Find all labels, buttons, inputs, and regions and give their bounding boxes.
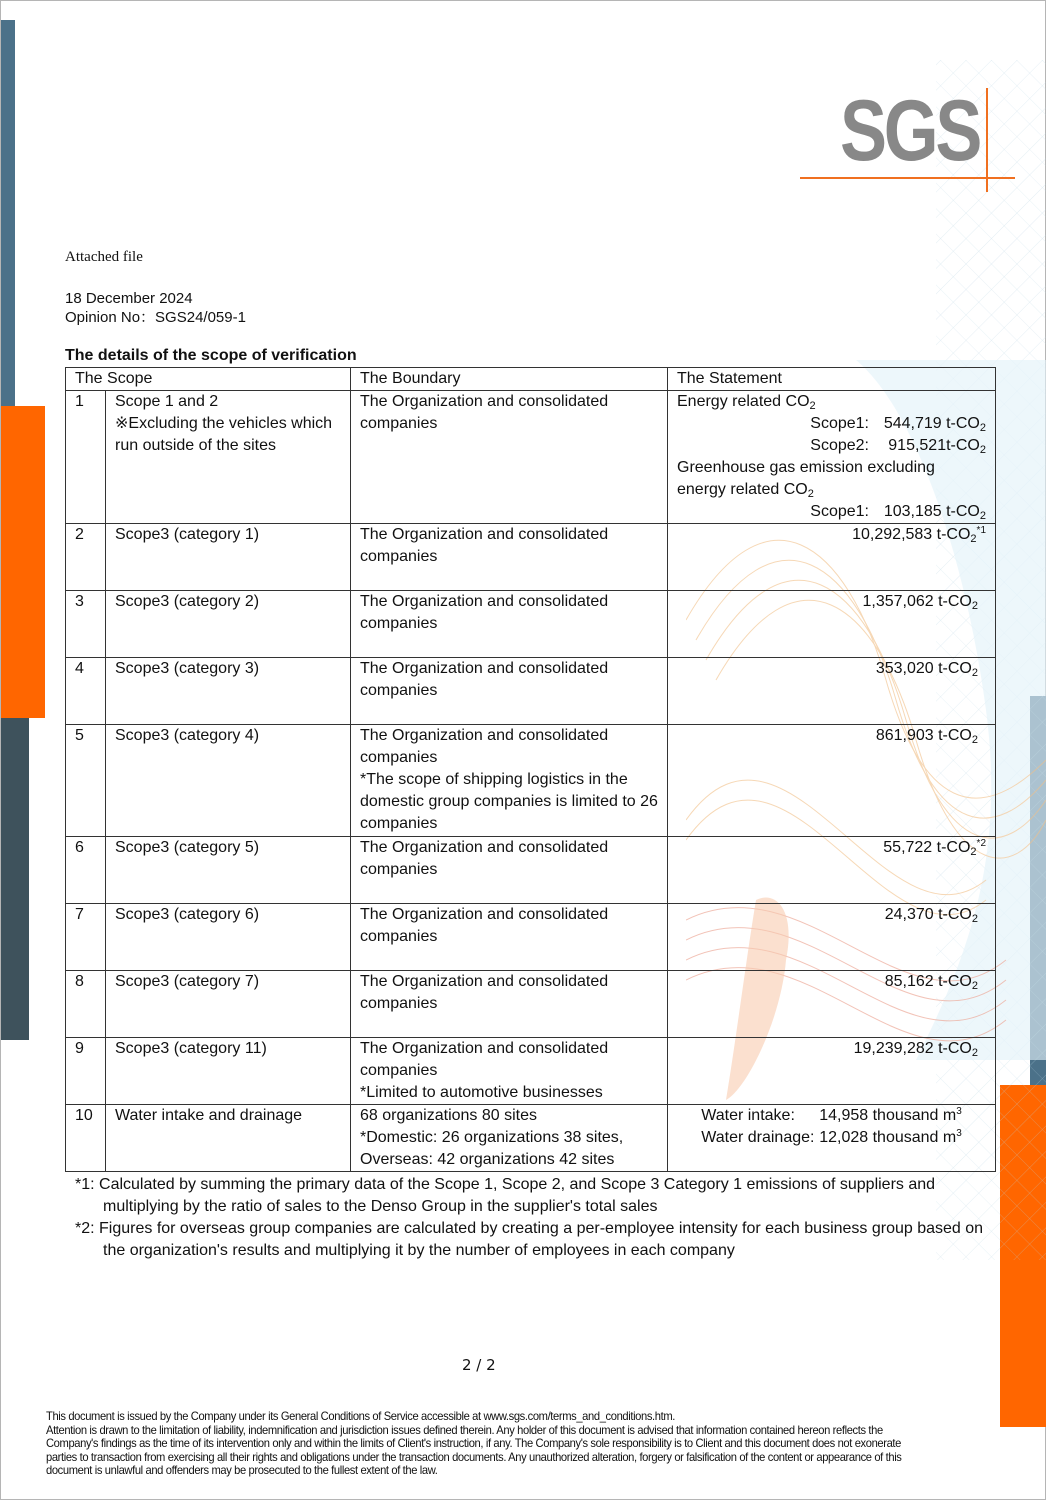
scope-cell: Scope3 (category 6) — [106, 904, 351, 971]
statement-value: 1,357,062 t-CO2 — [677, 591, 986, 613]
boundary-text: *The scope of shipping logistics in the … — [360, 769, 658, 835]
boundary-text: *Domestic: 26 organizations 38 sites, Ov… — [360, 1127, 658, 1171]
statement-cell: Water intake:14,958 thousand m3Water dra… — [668, 1105, 996, 1172]
statement-value: 55,722 t-CO2*2 — [677, 837, 986, 859]
legal-disclaimer: This document is issued by the Company u… — [46, 1410, 976, 1478]
footnote-1: *1: Calculated by summing the primary da… — [75, 1174, 990, 1218]
boundary-text: The Organization and consolidated compan… — [360, 725, 658, 769]
scope-text: ※Excluding the vehicles which run outsid… — [115, 413, 341, 457]
statement-value: 85,162 t-CO2 — [677, 971, 986, 993]
row-number: 5 — [66, 725, 106, 837]
scope-text: Scope3 (category 2) — [115, 591, 341, 613]
boundary-cell: The Organization and consolidated compan… — [351, 391, 668, 524]
header-scope: The Scope — [66, 368, 351, 391]
logo-vertical-line — [986, 88, 988, 192]
statement-cell: 55,722 t-CO2*2 — [668, 837, 996, 904]
logo-underline — [800, 177, 1015, 179]
row-number: 3 — [66, 591, 106, 658]
boundary-cell: The Organization and consolidated compan… — [351, 837, 668, 904]
document-meta: 18 December 2024 Opinion No：SGS24/059-1 — [65, 289, 246, 327]
boundary-text: 68 organizations 80 sites — [360, 1105, 658, 1127]
row-number: 7 — [66, 904, 106, 971]
statement-value: 10,292,583 t-CO2*1 — [677, 524, 986, 546]
row-number: 4 — [66, 658, 106, 725]
opinion-number: Opinion No：SGS24/059-1 — [65, 308, 246, 327]
table-row: 4Scope3 (category 3)The Organization and… — [66, 658, 996, 725]
table-row: 5Scope3 (category 4)The Organization and… — [66, 725, 996, 837]
scope-text: Scope 1 and 2 — [115, 391, 341, 413]
scope-cell: Scope3 (category 1) — [106, 524, 351, 591]
footnote-2: *2: Figures for overseas group companies… — [75, 1218, 990, 1262]
scope-text: Scope3 (category 3) — [115, 658, 341, 680]
statement-cell: 1,357,062 t-CO2 — [668, 591, 996, 658]
table-row: 3Scope3 (category 2)The Organization and… — [66, 591, 996, 658]
boundary-cell: The Organization and consolidated compan… — [351, 725, 668, 837]
boundary-cell: 68 organizations 80 sites*Domestic: 26 o… — [351, 1105, 668, 1172]
boundary-cell: The Organization and consolidated compan… — [351, 591, 668, 658]
sgs-logo: SGS — [800, 88, 1020, 198]
scope-cell: Scope3 (category 7) — [106, 971, 351, 1038]
statement-line: Energy related CO2 — [677, 391, 986, 413]
boundary-text: *Limited to automotive businesses — [360, 1082, 658, 1104]
statement-cell: 861,903 t-CO2 — [668, 725, 996, 837]
statement-line: Scope1:544,719 t-CO2 — [677, 413, 986, 435]
table-row: 1Scope 1 and 2※Excluding the vehicles wh… — [66, 391, 996, 524]
boundary-text: The Organization and consolidated compan… — [360, 837, 658, 881]
statement-cell: 24,370 t-CO2 — [668, 904, 996, 971]
scope-table: The Scope The Boundary The Statement 1Sc… — [65, 367, 996, 1172]
boundary-cell: The Organization and consolidated compan… — [351, 1038, 668, 1105]
scope-cell: Scope 1 and 2※Excluding the vehicles whi… — [106, 391, 351, 524]
scope-text: Water intake and drainage — [115, 1105, 341, 1127]
left-bar-teal — [1, 20, 15, 410]
left-bar-orange — [1, 406, 45, 718]
row-number: 6 — [66, 837, 106, 904]
row-number: 1 — [66, 391, 106, 524]
row-number: 8 — [66, 971, 106, 1038]
table-row: 2Scope3 (category 1)The Organization and… — [66, 524, 996, 591]
statement-line: Greenhouse gas emission excluding energy… — [677, 457, 986, 501]
boundary-text: The Organization and consolidated compan… — [360, 591, 658, 635]
row-number: 9 — [66, 1038, 106, 1105]
table-row: 10Water intake and drainage68 organizati… — [66, 1105, 996, 1172]
scope-cell: Water intake and drainage — [106, 1105, 351, 1172]
scope-cell: Scope3 (category 3) — [106, 658, 351, 725]
row-number: 2 — [66, 524, 106, 591]
scope-cell: Scope3 (category 11) — [106, 1038, 351, 1105]
scope-text: Scope3 (category 5) — [115, 837, 341, 859]
statement-line: Scope2:915,521t-CO2 — [677, 435, 986, 457]
scope-text: Scope3 (category 7) — [115, 971, 341, 993]
boundary-text: The Organization and consolidated compan… — [360, 524, 658, 568]
statement-value: 24,370 t-CO2 — [677, 904, 986, 926]
boundary-text: The Organization and consolidated compan… — [360, 391, 658, 435]
statement-line: Scope1:103,185 t-CO2 — [677, 501, 986, 523]
scope-text: Scope3 (category 1) — [115, 524, 341, 546]
scope-text: Scope3 (category 4) — [115, 725, 341, 747]
scope-cell: Scope3 (category 4) — [106, 725, 351, 837]
boundary-text: The Organization and consolidated compan… — [360, 904, 658, 948]
page-number: 2 / 2 — [462, 1356, 496, 1374]
attached-file-label: Attached file — [65, 249, 143, 266]
boundary-cell: The Organization and consolidated compan… — [351, 904, 668, 971]
statement-cell: 10,292,583 t-CO2*1 — [668, 524, 996, 591]
table-row: 6Scope3 (category 5)The Organization and… — [66, 837, 996, 904]
disclaimer-line-2: Attention is drawn to the limitation of … — [46, 1424, 911, 1478]
scope-cell: Scope3 (category 5) — [106, 837, 351, 904]
boundary-cell: The Organization and consolidated compan… — [351, 524, 668, 591]
header-statement: The Statement — [668, 368, 996, 391]
header-boundary: The Boundary — [351, 368, 668, 391]
table-body: 1Scope 1 and 2※Excluding the vehicles wh… — [66, 391, 996, 1172]
row-number: 10 — [66, 1105, 106, 1172]
right-bar-teal — [1030, 696, 1046, 1086]
table-row: 8Scope3 (category 7)The Organization and… — [66, 971, 996, 1038]
scope-text: Scope3 (category 6) — [115, 904, 341, 926]
boundary-text: The Organization and consolidated compan… — [360, 971, 658, 1015]
logo-text: SGS — [840, 88, 979, 174]
scope-cell: Scope3 (category 2) — [106, 591, 351, 658]
footnotes: *1: Calculated by summing the primary da… — [75, 1174, 990, 1262]
table-row: 7Scope3 (category 6)The Organization and… — [66, 904, 996, 971]
boundary-cell: The Organization and consolidated compan… — [351, 971, 668, 1038]
section-title: The details of the scope of verification — [65, 347, 357, 365]
boundary-text: The Organization and consolidated compan… — [360, 1038, 658, 1082]
boundary-cell: The Organization and consolidated compan… — [351, 658, 668, 725]
statement-value: 353,020 t-CO2 — [677, 658, 986, 680]
table-row: 9Scope3 (category 11)The Organization an… — [66, 1038, 996, 1105]
statement-value: 19,239,282 t-CO2 — [677, 1038, 986, 1060]
statement-line: Water intake:14,958 thousand m3 — [677, 1105, 986, 1127]
right-bar-orange — [1000, 1085, 1046, 1427]
statement-line: Water drainage:12,028 thousand m3 — [677, 1127, 986, 1149]
statement-value: 861,903 t-CO2 — [677, 725, 986, 747]
table-header-row: The Scope The Boundary The Statement — [66, 368, 996, 391]
document-date: 18 December 2024 — [65, 289, 246, 308]
disclaimer-line-1: This document is issued by the Company u… — [46, 1410, 976, 1424]
scope-text: Scope3 (category 11) — [115, 1038, 341, 1060]
left-bar-slate — [1, 718, 29, 1040]
statement-cell: 19,239,282 t-CO2 — [668, 1038, 996, 1105]
statement-cell: 85,162 t-CO2 — [668, 971, 996, 1038]
statement-cell: 353,020 t-CO2 — [668, 658, 996, 725]
statement-cell: Energy related CO2Scope1:544,719 t-CO2Sc… — [668, 391, 996, 524]
boundary-text: The Organization and consolidated compan… — [360, 658, 658, 702]
